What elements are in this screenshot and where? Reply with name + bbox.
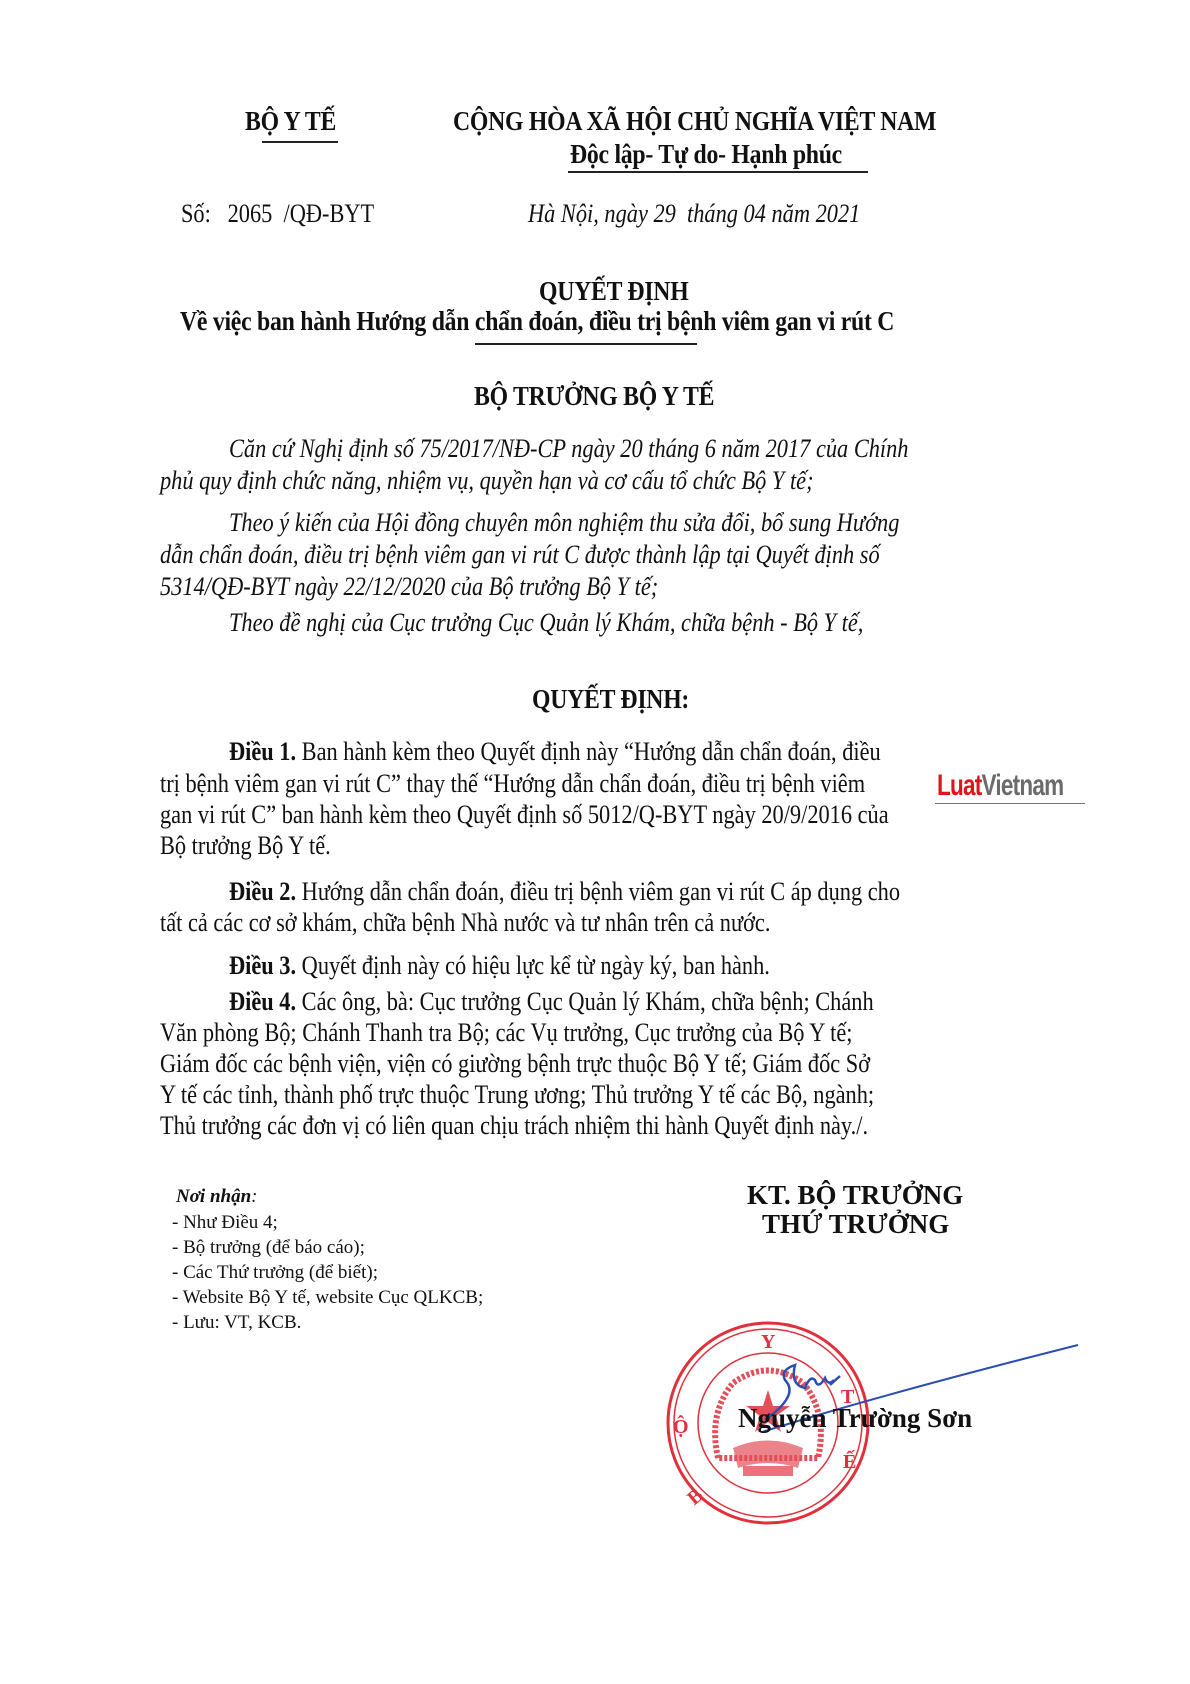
preamble-line: Theo đề nghị của Cục trưởng Cục Quản lý … [229,608,863,638]
date-year: 2021 [816,199,861,228]
watermark-logo: LuatVietnam [937,769,1063,803]
article-label: Điều 4. [229,987,296,1016]
article-2: Điều 2. Hướng dẫn chẩn đoán, điều trị bệ… [229,877,900,907]
year-label: năm [771,199,810,228]
article-text: Quyết định này có hiệu lực kể từ ngày ký… [296,951,770,980]
decision-heading: QUYẾT ĐỊNH: [532,684,689,715]
svg-text:B: B [683,1484,707,1509]
preamble-line: Căn cứ Nghị định số 75/2017/NĐ-CP ngày 2… [229,434,908,464]
number-label: Số: [181,199,211,228]
place-date-prefix: Hà Nội, ngày [528,199,648,228]
watermark-luat: Luat [937,769,981,802]
recipient-item: - Website Bộ Y tế, website Cục QLKCB; [172,1287,483,1309]
issuing-authority: BỘ TRƯỞNG BỘ Y TẾ [474,381,714,412]
article-text: Hướng dẫn chẩn đoán, điều trị bệnh viêm … [296,877,900,906]
signature-title-1: KT. BỘ TRƯỞNG [747,1180,963,1211]
recipients-heading-text: Nơi nhận [176,1186,251,1207]
subject-underline [475,343,697,345]
preamble-line: 5314/QĐ-BYT ngày 22/12/2020 của Bộ trưởn… [160,572,658,602]
article-line: Bộ trưởng Bộ Y tế. [160,831,331,861]
motto-underline [568,171,868,173]
national-motto: Độc lập- Tự do- Hạnh phúc [570,139,842,170]
agency-underline [262,141,338,143]
recipients-heading: Nơi nhận: [176,1186,257,1208]
document-type: QUYẾT ĐỊNH [539,276,688,307]
article-line: tất cả các cơ sở khám, chữa bệnh Nhà nướ… [160,908,770,938]
date-month: 04 [744,199,766,228]
recipient-item: - Các Thứ trưởng (để biết); [172,1262,378,1284]
article-4: Điều 4. Các ông, bà: Cục trưởng Cục Quản… [229,987,874,1017]
signer-name: Nguyễn Trường Sơn [738,1403,972,1434]
article-label: Điều 3. [229,951,296,980]
document-subject: Về việc ban hành Hướng dẫn chẩn đoán, đi… [180,306,894,337]
document-number: Số: 2065 /QĐ-BYT [181,199,374,229]
number-value: 2065 [228,199,273,228]
article-line: Giám đốc các bệnh viện, viện có giường b… [160,1049,870,1079]
recipient-item: - Như Điều 4; [172,1212,278,1234]
watermark-vietnam: Vietnam [981,769,1063,802]
month-label: tháng [687,199,738,228]
preamble-line: dẫn chẩn đoán, điều trị bệnh viêm gan vi… [160,540,880,570]
republic-title: CỘNG HÒA XÃ HỘI CHỦ NGHĨA VIỆT NAM [453,106,936,137]
article-line: gan vi rút C” ban hành kèm theo Quyết đị… [160,800,889,830]
agency-name: BỘ Y TẾ [245,106,336,137]
article-line: Thủ trưởng các đơn vị có liên quan chịu … [160,1111,868,1141]
article-text: Ban hành kèm theo Quyết định này “Hướng … [296,737,881,766]
svg-text:Ế: Ế [843,1449,856,1473]
recipient-item: - Bộ trưởng (để báo cáo); [172,1237,365,1259]
article-text: Các ông, bà: Cục trưởng Cục Quản lý Khám… [296,987,874,1016]
date-day: 29 [653,199,675,228]
number-suffix: /QĐ-BYT [284,199,375,228]
article-line: Văn phòng Bộ; Chánh Thanh tra Bộ; các Vụ… [160,1018,852,1048]
signature-title-2: THỨ TRƯỞNG [762,1209,949,1240]
article-label: Điều 1. [229,737,296,766]
watermark-underline [935,803,1085,804]
svg-text:Ộ: Ộ [673,1415,689,1438]
article-3: Điều 3. Quyết định này có hiệu lực kể từ… [229,951,770,981]
recipients-colon: : [251,1186,257,1207]
article-line: Y tế các tỉnh, thành phố trực thuộc Trun… [160,1080,874,1110]
place-date: Hà Nội, ngày 29 tháng 04 năm 2021 [528,199,860,229]
article-label: Điều 2. [229,877,296,906]
preamble-line: Theo ý kiến của Hội đồng chuyên môn nghi… [229,508,899,538]
article-line: trị bệnh viêm gan vi rút C” thay thế “Hư… [160,769,865,799]
preamble-line: phủ quy định chức năng, nhiệm vụ, quyền … [160,466,814,496]
article-1: Điều 1. Ban hành kèm theo Quyết định này… [229,737,881,767]
recipient-item: - Lưu: VT, KCB. [172,1312,301,1334]
